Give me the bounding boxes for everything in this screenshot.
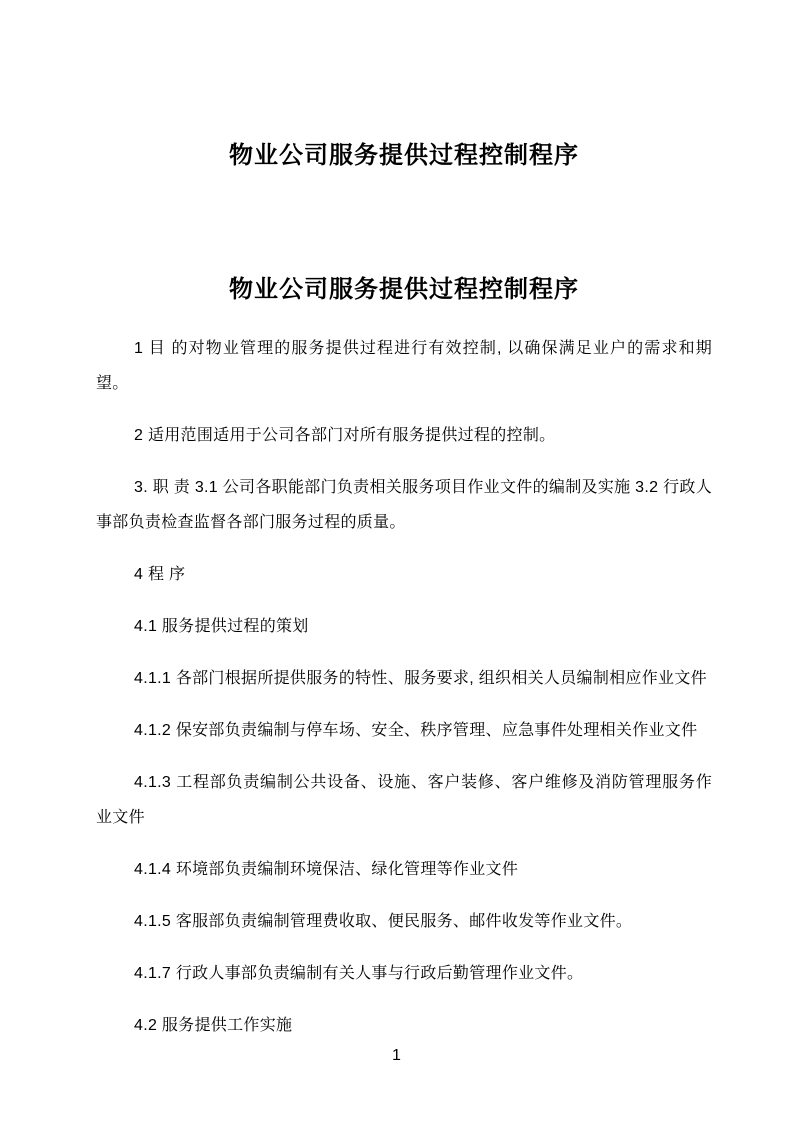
paragraph-responsibility: 3. 职 责 3.1 公司各职能部门负责相关服务项目作业文件的编制及实施 3.2… (96, 470, 712, 540)
paragraph-4-1: 4.1 服务提供过程的策划 (96, 609, 712, 644)
paragraph-4-1-2: 4.1.2 保安部负责编制与停车场、安全、秩序管理、应急事件处理相关作业文件 (96, 713, 712, 748)
paragraph-4-1-1: 4.1.1 各部门根据所提供服务的特性、服务要求, 组织相关人员编制相应作业文件 (96, 661, 712, 696)
paragraph-4-1-3: 4.1.3 工程部负责编制公共设备、设施、客户装修、客户维修及消防管理服务作业文… (96, 765, 712, 835)
paragraph-4-1-4: 4.1.4 环境部负责编制环境保洁、绿化管理等作业文件 (96, 852, 712, 887)
paragraph-4-1-5: 4.1.5 客服部负责编制管理费收取、便民服务、邮件收发等作业文件。 (96, 904, 712, 939)
paragraph-purpose: 1 目 的对物业管理的服务提供过程进行有效控制, 以确保满足业户的需求和期望。 (96, 331, 712, 401)
document-content: 物业公司服务提供过程控制程序 物业公司服务提供过程控制程序 1 目 的对物业管理… (0, 0, 793, 1043)
page-number: 1 (0, 1046, 793, 1066)
paragraph-4-2: 4.2 服务提供工作实施 (96, 1008, 712, 1043)
paragraph-4-1-7: 4.1.7 行政人事部负责编制有关人事与行政后勤管理作业文件。 (96, 956, 712, 991)
document-page: 物业公司服务提供过程控制程序 物业公司服务提供过程控制程序 1 目 的对物业管理… (0, 0, 793, 1122)
paragraph-procedure: 4 程 序 (96, 557, 712, 592)
document-body-title: 物业公司服务提供过程控制程序 (96, 275, 712, 305)
document-title: 物业公司服务提供过程控制程序 (96, 141, 712, 171)
paragraph-scope: 2 适用范围适用于公司各部门对所有服务提供过程的控制。 (96, 418, 712, 453)
